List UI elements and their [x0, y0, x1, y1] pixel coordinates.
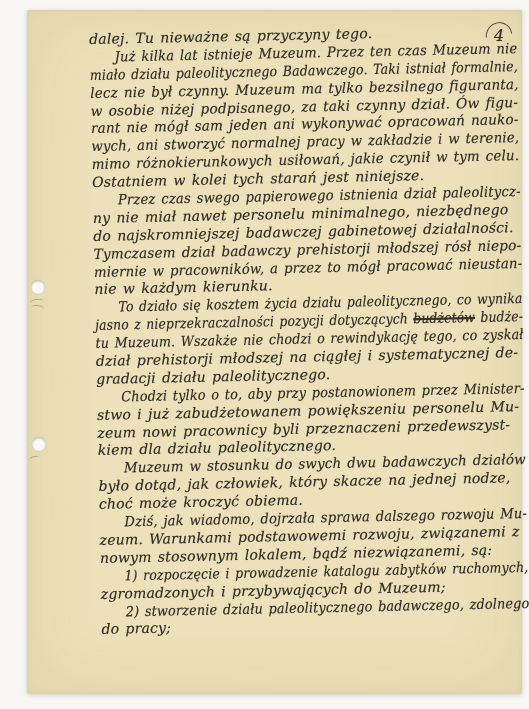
- line-segment: do pracy;: [101, 621, 171, 638]
- line-segment: choć może kroczyć obiema.: [99, 493, 303, 513]
- line-segment: budże-: [475, 309, 523, 326]
- paper-sheet: 4 dalej. Tu nieważne są przyczyny tego.J…: [27, 10, 522, 694]
- paper-crease: [28, 455, 40, 464]
- handwritten-text: dalej. Tu nieważne są przyczyny tego.Już…: [89, 23, 529, 640]
- punch-hole: [31, 280, 45, 294]
- paper-crease: [31, 304, 45, 311]
- punch-hole: [32, 437, 46, 451]
- scanned-page: 4 dalej. Tu nieważne są przyczyny tego.J…: [0, 0, 529, 709]
- struck-word: budżetów: [413, 310, 475, 327]
